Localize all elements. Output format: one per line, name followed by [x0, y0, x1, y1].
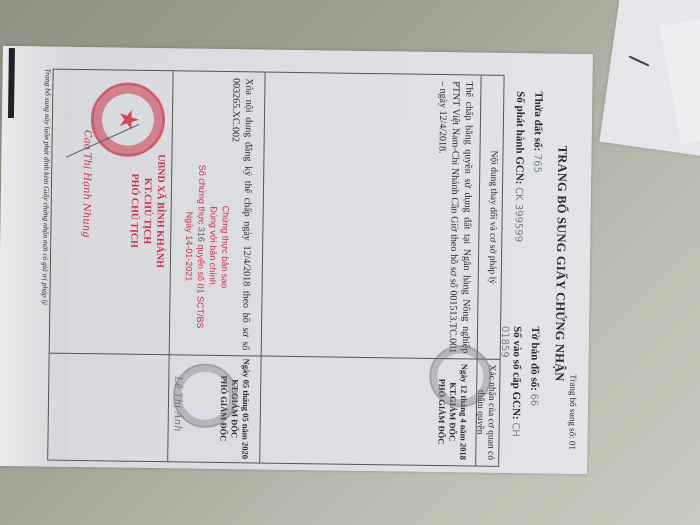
map-sheet: Tờ bản đồ số: 66	[528, 326, 541, 406]
document-page: Trang bổ sung số: 01 TRANG BỔ SUNG GIẤY …	[0, 46, 593, 474]
header-content: Nội dung thay đổi và cơ sở pháp lý	[486, 76, 500, 359]
parcel-number: 765	[531, 154, 542, 173]
entry-1-content: Thế chấp bằng quyền sử dụng đất tại Ngân…	[433, 81, 476, 354]
issue-row: Số phát hành GCN: CK 399599 Số vào sổ cấ…	[509, 91, 526, 453]
entry-2-signature: Lê Thị Ánh	[172, 376, 184, 431]
certification-block: Chứng thực bản sao Đúng với bản chính. S…	[182, 161, 232, 332]
issue-number: CK 399599	[512, 187, 524, 242]
page-edge-bar	[8, 48, 15, 118]
changes-table: Nội dung thay đổi và cơ sở pháp lý Xác n…	[47, 69, 504, 467]
parcel-row: Thửa đất số: 765 Tờ bản đồ số: 66	[527, 91, 544, 453]
supplement-page-header: Trang bổ sung số: 01	[567, 374, 578, 450]
register-number: Số vào sổ cấp GCN: CH 01859	[497, 326, 523, 453]
